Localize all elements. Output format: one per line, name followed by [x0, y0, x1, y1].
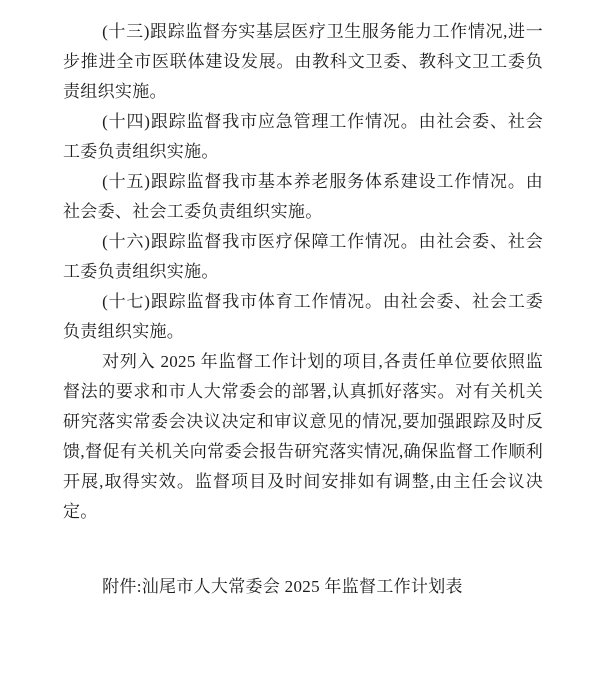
- paragraph-item-16: (十六)跟踪监督我市医疗保障工作情况。由社会委、社会工委负责组织实施。: [63, 227, 543, 287]
- attachment-line: 附件:汕尾市人大常委会 2025 年监督工作计划表: [63, 572, 543, 602]
- closing-paragraph: 对列入 2025 年监督工作计划的项目,各责任单位要依照监督法的要求和市人大常委…: [63, 347, 543, 527]
- paragraph-item-13: (十三)跟踪监督夯实基层医疗卫生服务能力工作情况,进一步推进全市医联体建设发展。…: [63, 17, 543, 107]
- paragraph-item-15: (十五)跟踪监督我市基本养老服务体系建设工作情况。由社会委、社会工委负责组织实施…: [63, 167, 543, 227]
- document-body: (十三)跟踪监督夯实基层医疗卫生服务能力工作情况,进一步推进全市医联体建设发展。…: [0, 0, 600, 602]
- paragraph-item-17: (十七)跟踪监督我市体育工作情况。由社会委、社会工委负责组织实施。: [63, 287, 543, 347]
- document-page: (十三)跟踪监督夯实基层医疗卫生服务能力工作情况,进一步推进全市医联体建设发展。…: [0, 0, 600, 699]
- paragraph-item-14: (十四)跟踪监督我市应急管理工作情况。由社会委、社会工委负责组织实施。: [63, 107, 543, 167]
